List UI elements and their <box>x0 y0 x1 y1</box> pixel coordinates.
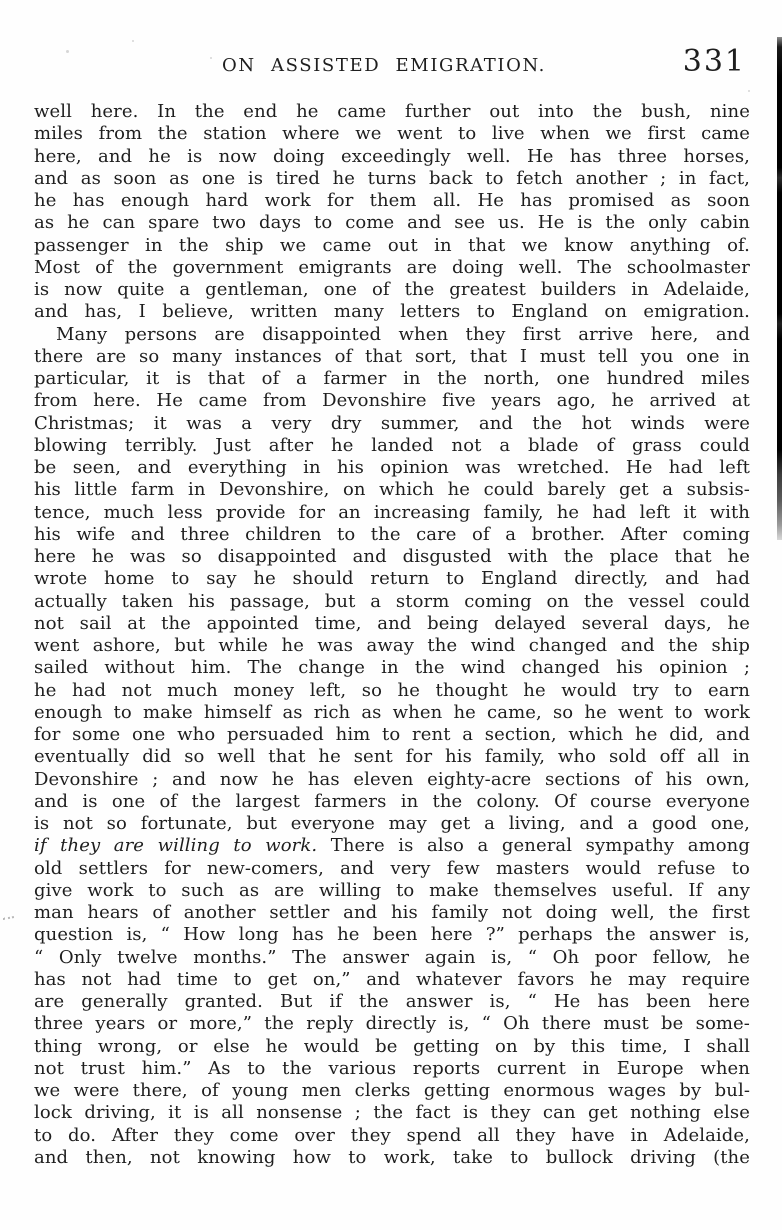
text-line: if they are willing to work. There is al… <box>34 835 750 857</box>
scan-edge-bar <box>777 37 782 540</box>
page-title: ON ASSISTED EMIGRATION. <box>34 55 734 76</box>
text-line: for some one who persuaded him to rent a… <box>34 724 750 746</box>
text-line: there are so many instances of that sort… <box>34 346 750 368</box>
text-line: question is, “ How long has he been here… <box>34 924 750 946</box>
scan-artifact-mark <box>3 916 14 920</box>
text-line: not sail at the appointed time, and bein… <box>34 613 750 635</box>
text-line: Christmas; it was a very dry summer, and… <box>34 413 750 435</box>
text-line: old settlers for new-comers, and very fe… <box>34 858 750 880</box>
text-line: from here. He came from Devonshire five … <box>34 390 750 412</box>
text-line: and then, not knowing how to work, take … <box>34 1147 750 1169</box>
text-line: his little farm in Devonshire, on which … <box>34 479 750 501</box>
text-line: Devonshire ; and now he has eleven eight… <box>34 769 750 791</box>
text-line: here he was so disappointed and disguste… <box>34 546 750 568</box>
text-line: not trust him.” As to the various report… <box>34 1058 750 1080</box>
scan-artifact-speck <box>748 90 750 92</box>
text-line: blowing terribly. Just after he landed n… <box>34 435 750 457</box>
text-line: wrote home to say he should return to En… <box>34 568 750 590</box>
text-line: is now quite a gentleman, one of the gre… <box>34 279 750 301</box>
text-line: enough to make himself as rich as when h… <box>34 702 750 724</box>
text-line: he had not much money left, so he though… <box>34 680 750 702</box>
text-line: eventually did so well that he sent for … <box>34 746 750 768</box>
text-line: he has enough hard work for them all. He… <box>34 190 750 212</box>
paragraph: well here. In the end he came further ou… <box>34 101 750 324</box>
page-body: well here. In the end he came further ou… <box>34 101 750 1169</box>
text-line: tence, much less provide for an increasi… <box>34 502 750 524</box>
text-line: to do. After they come over they spend a… <box>34 1125 750 1147</box>
scan-artifact-speck <box>210 57 212 59</box>
text-line: lock driving, it is all nonsense ; the f… <box>34 1102 750 1124</box>
text-line: has not had time to get on,” and whateve… <box>34 969 750 991</box>
text-line: as he can spare two days to come and see… <box>34 212 750 234</box>
text-line: thing wrong, or else he would be getting… <box>34 1036 750 1058</box>
text-line: went ashore, but while he was away the w… <box>34 635 750 657</box>
text-line: passenger in the ship we came out in tha… <box>34 235 750 257</box>
text-line: miles from the station where we went to … <box>34 123 750 145</box>
italic-text: if they are willing to work. <box>34 835 317 856</box>
text-line: we were there, of young men clerks getti… <box>34 1080 750 1102</box>
page-number: 331 <box>683 44 746 79</box>
scan-artifact-speck <box>132 40 134 42</box>
text-line: actually taken his passage, but a storm … <box>34 591 750 613</box>
text-line: and as soon as one is tired he turns bac… <box>34 168 750 190</box>
text-line: Most of the government emigrants are doi… <box>34 257 750 279</box>
text-line: are generally granted. But if the answer… <box>34 991 750 1013</box>
text-line: and is one of the largest farmers in the… <box>34 791 750 813</box>
paragraph: Many persons are disappointed when they … <box>34 324 750 1170</box>
text-line: well here. In the end he came further ou… <box>34 101 750 123</box>
text-line: give work to such as are willing to make… <box>34 880 750 902</box>
text-line: his wife and three children to the care … <box>34 524 750 546</box>
text-line: Many persons are disappointed when they … <box>34 324 750 346</box>
text-line: particular, it is that of a farmer in th… <box>34 368 750 390</box>
text-line: here, and he is now doing exceedingly we… <box>34 146 750 168</box>
text-segment: There is also a general sympathy among <box>317 835 750 856</box>
scan-artifact-speck <box>66 50 69 53</box>
text-line: three years or more,” the reply directly… <box>34 1013 750 1035</box>
text-line: be seen, and everything in his opinion w… <box>34 457 750 479</box>
text-line: “ Only twelve months.” The answer again … <box>34 947 750 969</box>
text-line: and has, I believe, written many letters… <box>34 301 750 323</box>
text-line: man hears of another settler and his fam… <box>34 902 750 924</box>
text-line: is not so fortunate, but everyone may ge… <box>34 813 750 835</box>
scanned-book-page: ON ASSISTED EMIGRATION. 331 well here. I… <box>0 0 782 1230</box>
text-line: sailed without him. The change in the wi… <box>34 657 750 679</box>
